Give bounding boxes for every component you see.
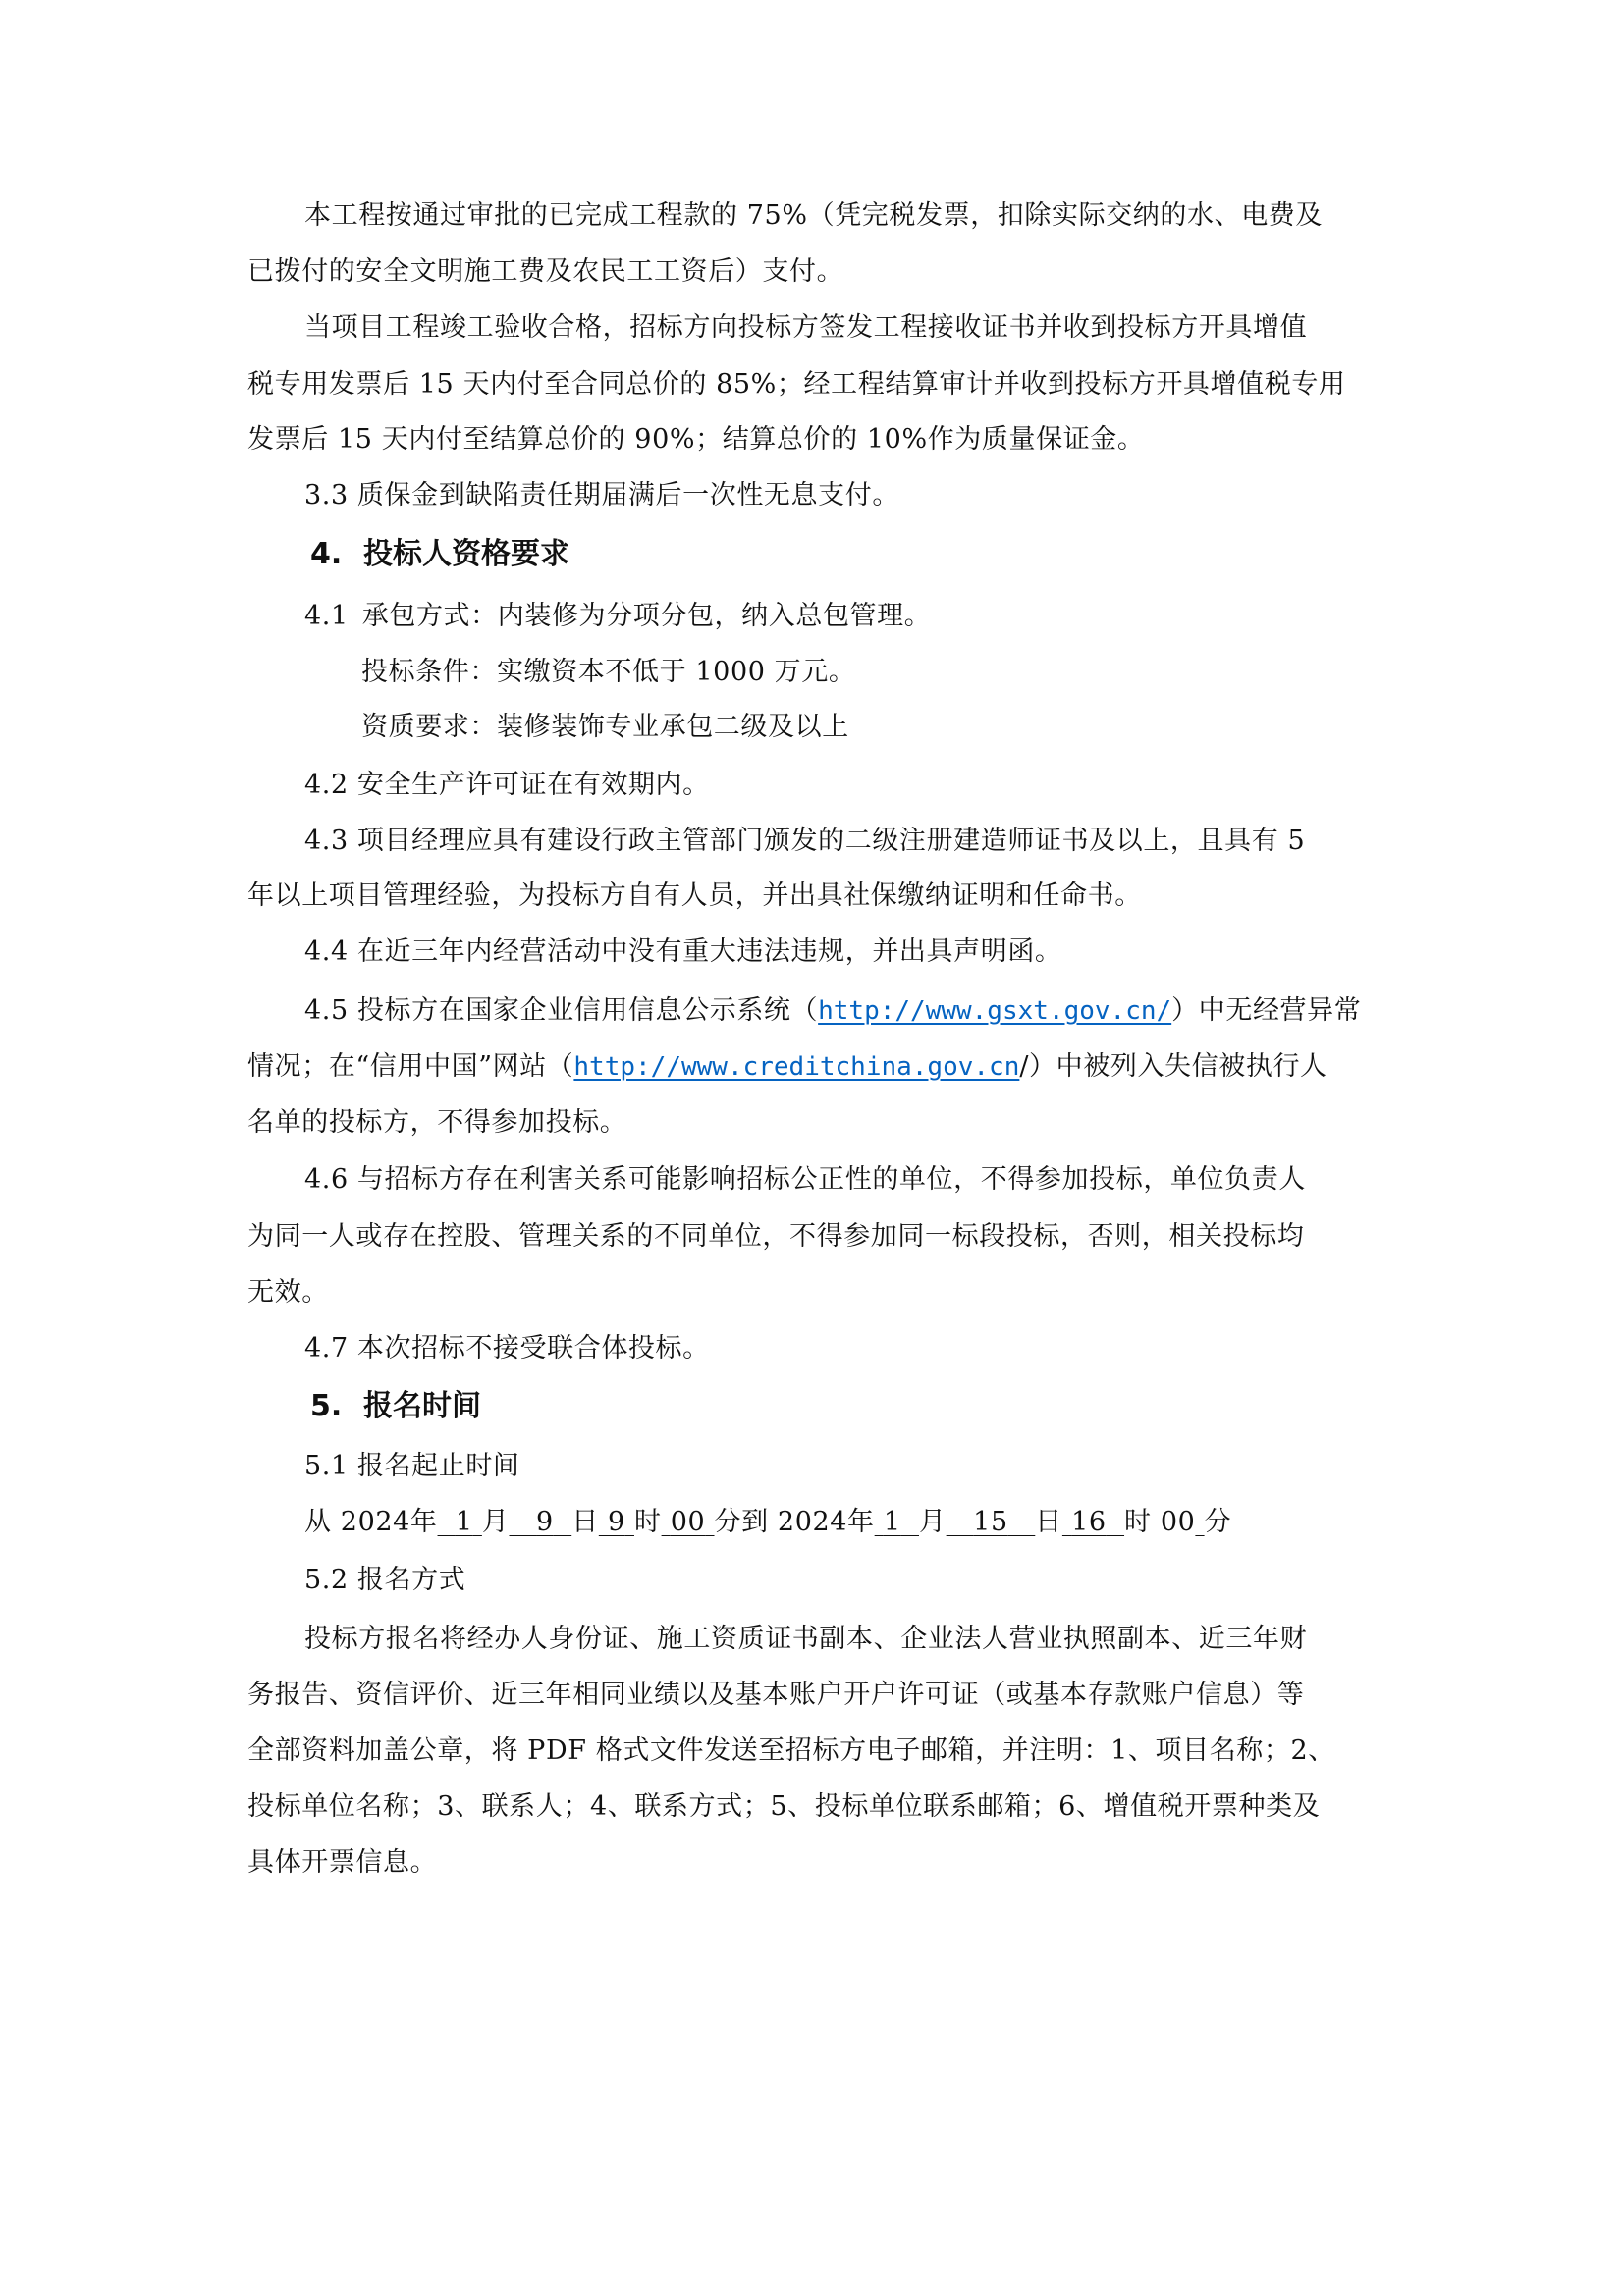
section-4-heading: 4.投标人资格要求: [310, 533, 569, 576]
clause-4-5-prefix: 4.5 投标方在国家企业信用信息公示系统（: [304, 995, 818, 1026]
clause-5-2-line-4: 投标单位名称；3、联系人；4、联系方式；5、投标单位联系邮箱；6、增值税开票种类…: [247, 1788, 1386, 1827]
clause-4-6-line-1: 4.6 与招标方存在利害关系可能影响招标公正性的单位，不得参加投标，单位负责人: [304, 1160, 1384, 1200]
clause-3-3: 3.3 质保金到缺陷责任期届满后一次性无息支付。: [304, 476, 1384, 515]
day-char: 日: [571, 1507, 599, 1537]
clause-4-5-line-2-suffix: /）中被列入失信被执行人: [1019, 1051, 1326, 1082]
clause-4-1-contract-mode: 承包方式：内装修为分项分包，纳入总包管理。: [362, 601, 932, 631]
to-word: 到: [741, 1507, 769, 1537]
clause-4-3-line-2: 年以上项目管理经验，为投标方自有人员，并出具社保缴纳证明和任命书。: [247, 877, 1386, 916]
gsxt-link[interactable]: http://www.gsxt.gov.cn/: [818, 996, 1171, 1026]
section-4-title: 投标人资格要求: [363, 537, 569, 571]
clause-4-1-bid-condition: 投标条件：实缴资本不低于 1000 万元。: [361, 653, 1382, 692]
end-day: 15: [973, 1507, 1008, 1537]
clause-5-2-line-3: 全部资料加盖公章，将 PDF 格式文件发送至招标方电子邮箱，并注明：1、项目名称…: [247, 1732, 1386, 1771]
registration-schedule: 从 2024年 1 月 9 日 9 时 00 分到 2024年 1 月 15 日…: [304, 1503, 1384, 1542]
end-minute-char: 分: [1205, 1507, 1232, 1537]
start-day: 9: [536, 1507, 554, 1537]
clause-4-5-line-3: 名单的投标方，不得参加投标。: [247, 1103, 1386, 1143]
start-minute-field: 00: [662, 1507, 715, 1537]
clause-4-5-line-2: 情况；在“信用中国”网站（http://www.creditchina.gov.…: [247, 1047, 1386, 1087]
section-4-number: 4.: [310, 533, 363, 576]
clause-5-2-label: 5.2 报名方式: [304, 1561, 1384, 1600]
clause-4-7: 4.7 本次招标不接受联合体投标。: [304, 1329, 1384, 1368]
clause-5-2-line-1: 投标方报名将经办人身份证、施工资质证书副本、企业法人营业执照副本、近三年财: [304, 1620, 1384, 1659]
creditchina-link[interactable]: http://www.creditchina.gov.cn: [573, 1052, 1019, 1082]
payment-para-2-line-2: 税专用发票后 15 天内付至合同总价的 85%；经工程结算审计并收到投标方开具增…: [247, 365, 1386, 404]
end-year-char: 年: [847, 1507, 875, 1537]
end-day-char: 日: [1035, 1507, 1062, 1537]
end-hour-char: 时: [1124, 1507, 1152, 1537]
clause-5-2-line-5: 具体开票信息。: [247, 1843, 1386, 1883]
start-hour-field: 9: [599, 1507, 634, 1537]
month-char: 月: [482, 1507, 510, 1537]
payment-para-1-line-1: 本工程按通过审批的已完成工程款的 75%（凭完税发票，扣除实际交纳的水、电费及: [304, 196, 1384, 236]
year-char: 年: [410, 1507, 438, 1537]
start-hour: 9: [608, 1507, 625, 1537]
hour-char: 时: [634, 1507, 662, 1537]
clause-4-3-line-1: 4.3 项目经理应具有建设行政主管部门颁发的二级注册建造师证书及以上，且具有 5: [304, 822, 1384, 861]
clause-4-2: 4.2 安全生产许可证在有效期内。: [304, 766, 1384, 805]
clause-4-5-line-2-prefix: 情况；在“信用中国”网站（: [247, 1051, 573, 1082]
start-minute: 00: [671, 1507, 706, 1537]
end-minute-underscore: [1195, 1507, 1204, 1537]
end-month-field: 1: [875, 1507, 919, 1537]
clause-4-4: 4.4 在近三年内经营活动中没有重大违法违规，并出具声明函。: [304, 933, 1384, 972]
start-day-field: 9: [509, 1507, 571, 1537]
end-month: 1: [884, 1507, 901, 1537]
clause-5-1-label: 5.1 报名起止时间: [304, 1447, 1384, 1486]
start-year: 2024: [341, 1507, 410, 1537]
start-month: 1: [456, 1507, 473, 1537]
end-day-field: 15: [947, 1507, 1036, 1537]
clause-4-1-qualification: 资质要求：装修装饰专业承包二级及以上: [361, 708, 1382, 747]
clause-4-5-line-1: 4.5 投标方在国家企业信用信息公示系统（http://www.gsxt.gov…: [304, 991, 1384, 1031]
end-hour-field: 16: [1062, 1507, 1124, 1537]
payment-para-1-line-2: 已拨付的安全文明施工费及农民工工资后）支付。: [247, 252, 1386, 292]
minute-char: 分: [715, 1507, 742, 1537]
payment-para-2-line-3: 发票后 15 天内付至结算总价的 90%；结算总价的 10%作为质量保证金。: [247, 420, 1386, 459]
section-5-heading: 5.报名时间: [310, 1385, 481, 1428]
clause-4-1-label: 4.1: [304, 601, 349, 631]
end-month-char: 月: [919, 1507, 947, 1537]
start-month-field: 1: [438, 1507, 482, 1537]
document-page: 本工程按通过审批的已完成工程款的 75%（凭完税发票，扣除实际交纳的水、电费及 …: [0, 0, 1624, 2296]
from-word: 从: [304, 1507, 332, 1537]
clause-4-6-line-2: 为同一人或存在控股、管理关系的不同单位，不得参加同一标段投标，否则，相关投标均: [247, 1217, 1386, 1256]
clause-4-6-line-3: 无效。: [247, 1273, 1386, 1312]
clause-5-2-line-2: 务报告、资信评价、近三年相同业绩以及基本账户开户许可证（或基本存款账户信息）等: [247, 1676, 1386, 1715]
section-5-number: 5.: [310, 1385, 363, 1428]
clause-4-1: 4.1承包方式：内装修为分项分包，纳入总包管理。: [304, 597, 1384, 636]
end-minute: 00: [1161, 1507, 1196, 1537]
section-5-title: 报名时间: [363, 1389, 481, 1423]
payment-para-2-line-1: 当项目工程竣工验收合格，招标方向投标方签发工程接收证书并收到投标方开具增值: [304, 308, 1384, 347]
end-year: 2024: [778, 1507, 847, 1537]
end-hour: 16: [1071, 1507, 1107, 1537]
clause-4-5-suffix: ）中无经营异常: [1171, 995, 1361, 1026]
